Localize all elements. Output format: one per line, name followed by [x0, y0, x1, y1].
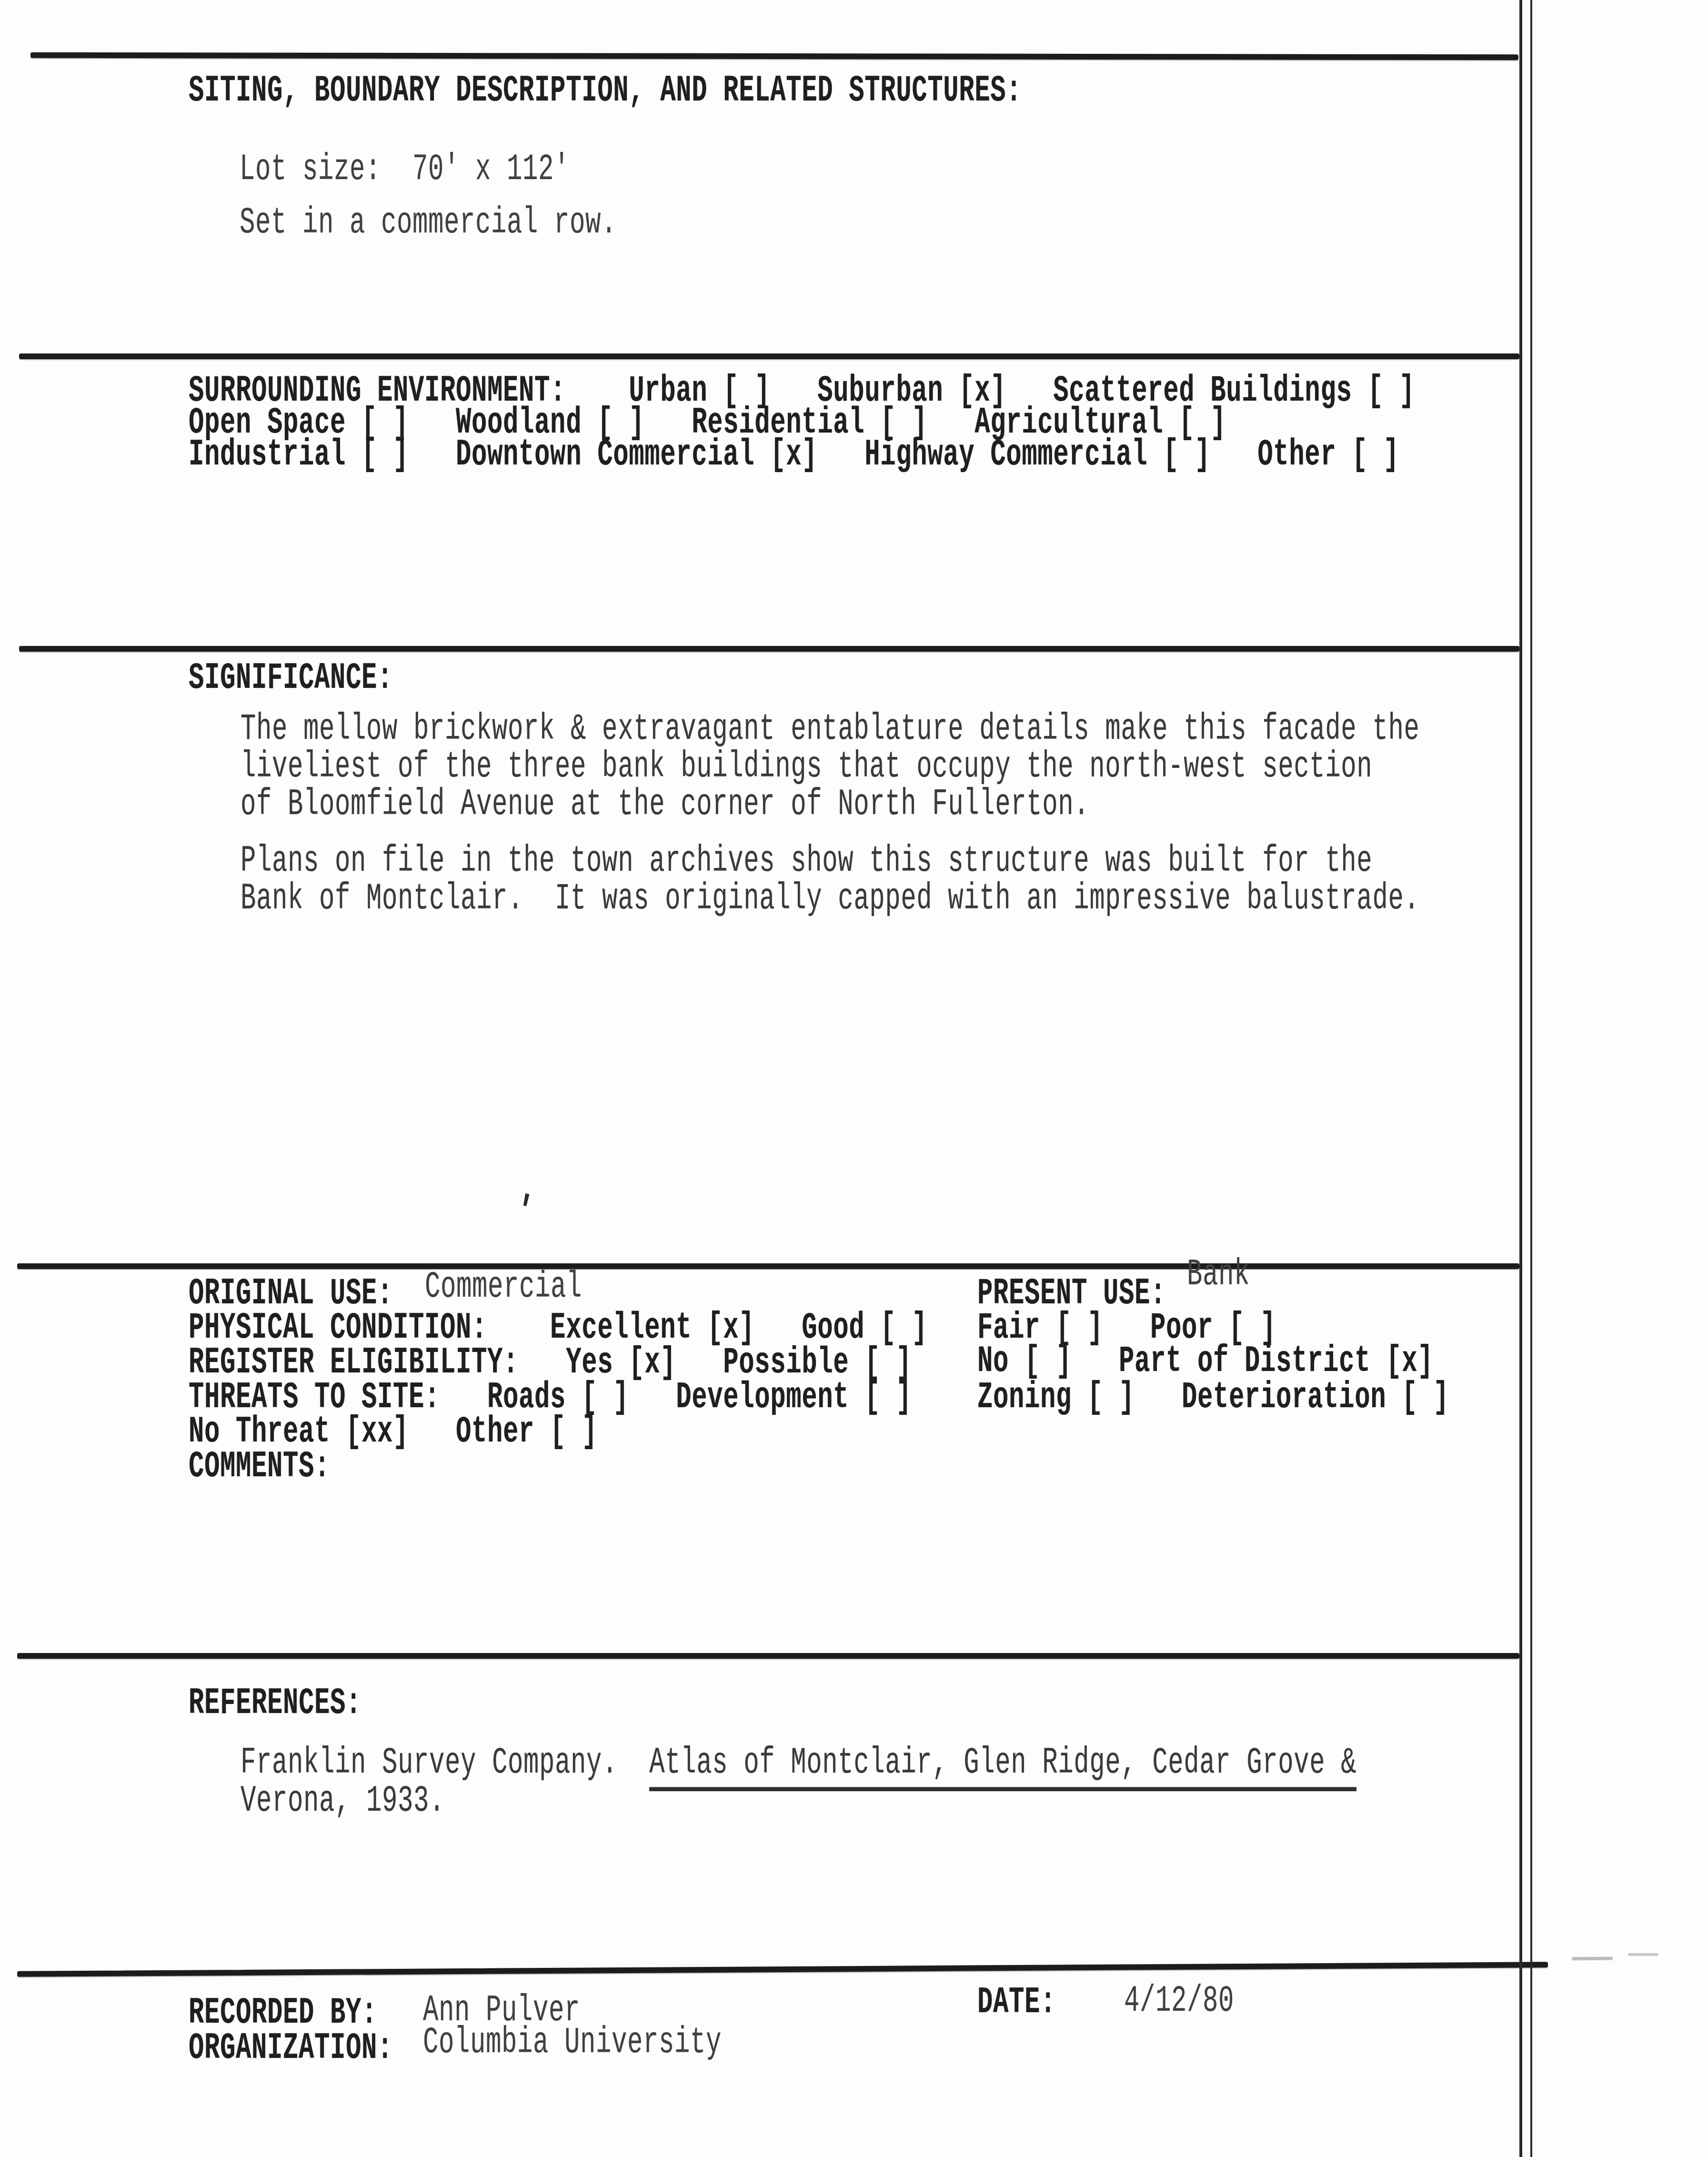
section-divider-6: [17, 1962, 1548, 1977]
significance-heading: SIGNIFICANCE:: [189, 660, 393, 697]
date-value: 4/12/80: [1124, 1983, 1234, 2020]
reference-citation-line-2: Verona, 1933.: [241, 1783, 445, 1820]
comments-label: COMMENTS:: [189, 1449, 330, 1486]
citation-author: Franklin Survey Company.: [241, 1742, 649, 1784]
surrounding-environment-line-3: Industrial [ ] Downtown Commercial [x] H…: [189, 437, 1399, 474]
organization-value: Columbia University: [423, 2025, 722, 2062]
significance-p2-line-1: Plans on file in the town archives show …: [241, 843, 1372, 880]
organization-label: ORGANIZATION:: [189, 2030, 393, 2067]
significance-p1-line-1: The mellow brickwork & extravagant entab…: [241, 711, 1419, 748]
present-use-value: Bank: [1187, 1257, 1250, 1294]
section-divider-3: [19, 646, 1519, 652]
lot-size-line: Lot size: 70' x 112': [240, 151, 570, 189]
stray-apostrophe-mark: ': [510, 1189, 537, 1236]
section-divider-1: [30, 52, 1518, 60]
section-divider-5: [17, 1653, 1519, 1659]
threats-to-site-line-right: Zoning [ ] Deterioration [ ]: [977, 1380, 1449, 1417]
siting-heading: SITING, BOUNDARY DESCRIPTION, AND RELATE…: [189, 73, 1022, 110]
significance-p2-line-2: Bank of Montclair. It was originally cap…: [241, 881, 1419, 918]
scan-artifact-dash-2: [1628, 1953, 1658, 1956]
right-border-line-inner: [1530, 0, 1532, 2157]
survey-form-page: SITING, BOUNDARY DESCRIPTION, AND RELATE…: [0, 0, 1708, 2157]
date-label: DATE:: [977, 1985, 1056, 2022]
right-border-line-outer: [1519, 0, 1522, 2157]
original-use-value: Commercial: [425, 1269, 582, 1306]
reference-citation-line-1: Franklin Survey Company. Atlas of Montcl…: [241, 1745, 1356, 1782]
setting-line: Set in a commercial row.: [240, 205, 617, 242]
recorded-by-label: RECORDED BY:: [189, 1995, 377, 2032]
section-divider-4: [17, 1263, 1519, 1269]
references-heading: REFERENCES:: [189, 1685, 362, 1723]
section-divider-2: [19, 353, 1519, 359]
register-eligibility-line-right: No [ ] Part of District [x]: [977, 1343, 1433, 1381]
significance-p1-line-2: liveliest of the three bank buildings th…: [241, 749, 1372, 786]
citation-title-underlined: Atlas of Montclair, Glen Ridge, Cedar Gr…: [649, 1742, 1356, 1791]
scan-artifact-dash-1: [1572, 1957, 1613, 1961]
significance-p1-line-3: of Bloomfield Avenue at the corner of No…: [241, 786, 1089, 824]
